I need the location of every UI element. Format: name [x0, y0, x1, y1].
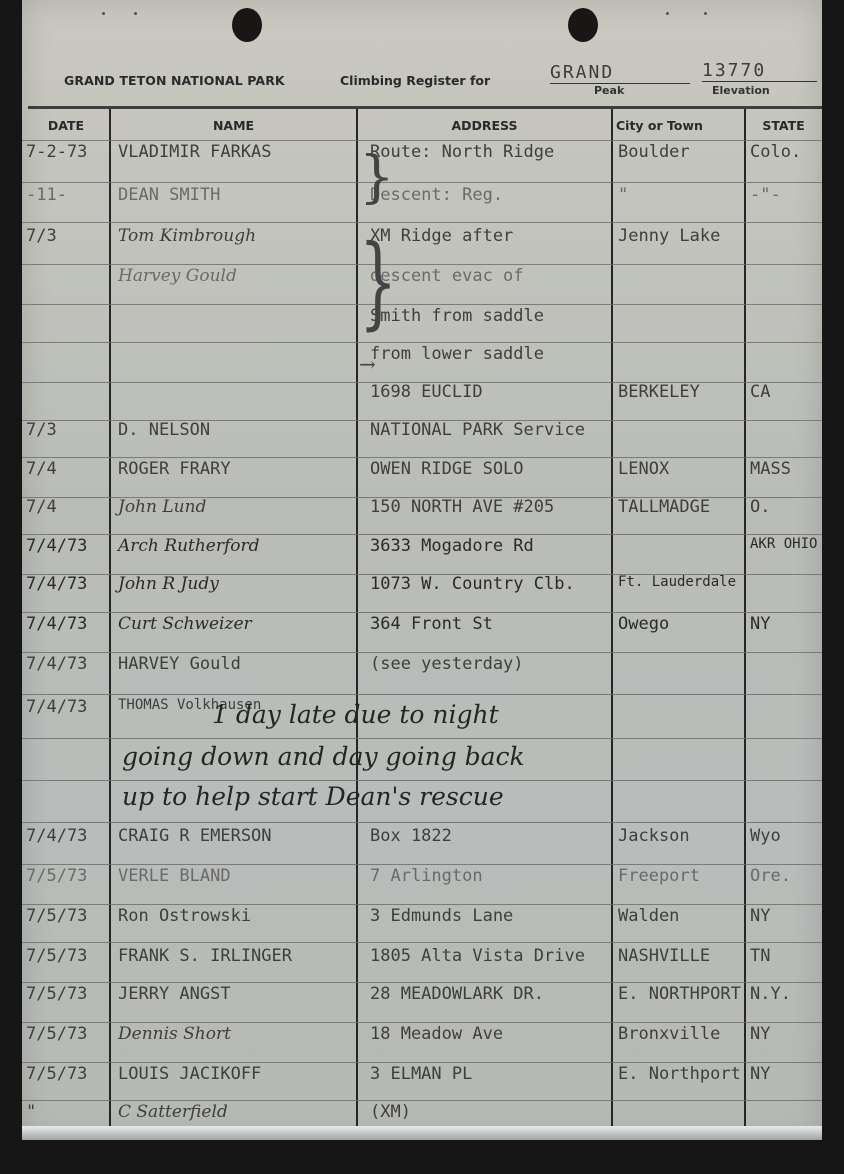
cell-date: 7/5/73 — [26, 906, 87, 926]
cell-state: Colo. — [750, 142, 801, 162]
cell-date: 7/3 — [26, 226, 57, 246]
cell-state: -"- — [750, 185, 781, 205]
cell-date: 7/4/73 — [26, 614, 87, 634]
climbing-register-sheet: GRAND TETON NATIONAL PARK Climbing Regis… — [22, 0, 822, 1140]
cell-date: 7/4/73 — [26, 826, 87, 846]
cell-state: NY — [750, 906, 770, 926]
rule-line — [22, 182, 822, 183]
cell-address: Route: North Ridge — [370, 142, 554, 162]
cell-date: 7/4 — [26, 497, 57, 517]
cell-city: Bronxville — [618, 1024, 720, 1044]
cell-name: ROGER FRARY — [118, 459, 231, 479]
cell-address: 1805 Alta Vista Drive — [370, 946, 585, 966]
cell-state: Ore. — [750, 866, 791, 886]
cell-city: Walden — [618, 906, 679, 926]
rule-line — [22, 1022, 822, 1023]
cell-date: 7/4/73 — [26, 574, 87, 594]
cell-name: FRANK S. IRLINGER — [118, 946, 292, 966]
column-header-date: DATE — [22, 118, 110, 133]
cell-state: O. — [750, 497, 770, 517]
column-header-address: ADDRESS — [357, 118, 612, 133]
rule-line — [22, 342, 822, 343]
rule-line — [22, 457, 822, 458]
column-divider — [744, 109, 746, 1126]
cell-city: BERKELEY — [618, 382, 700, 402]
cell-state: NY — [750, 1024, 770, 1044]
cell-address: OWEN RIDGE SOLO — [370, 459, 524, 479]
column-divider — [356, 109, 358, 1126]
cell-name: VERLE BLAND — [118, 866, 231, 886]
elevation-label: Elevation — [712, 84, 770, 97]
cell-name: C Satterfield — [118, 1102, 228, 1122]
pinhole — [134, 12, 137, 15]
cell-name: Dennis Short — [118, 1024, 231, 1044]
cell-name: CRAIG R EMERSON — [118, 826, 272, 846]
cell-city: TALLMADGE — [618, 497, 710, 517]
cell-address: 28 MEADOWLARK DR. — [370, 984, 544, 1004]
cell-name: John R Judy — [118, 574, 219, 594]
cell-date: 7/4/73 — [26, 654, 87, 674]
cell-city: Owego — [618, 614, 669, 634]
cell-address: (XM) — [370, 1102, 411, 1122]
cell-address: NATIONAL PARK Service — [370, 420, 585, 440]
park-name: GRAND TETON NATIONAL PARK — [64, 73, 285, 88]
cell-date: -11- — [26, 185, 67, 205]
cell-state: AKR OHIO — [750, 536, 817, 552]
cell-name: Arch Rutherford — [118, 536, 260, 556]
cell-date: 7/5/73 — [26, 1024, 87, 1044]
rule-line — [22, 904, 822, 905]
rule-line — [22, 864, 822, 865]
cell-date: 7/5/73 — [26, 984, 87, 1004]
rule-line — [22, 822, 822, 823]
cell-name: HARVEY Gould — [118, 654, 241, 674]
cell-name: VLADIMIR FARKAS — [118, 142, 272, 162]
brace-mark: } — [359, 150, 395, 206]
pinhole — [704, 12, 707, 15]
cell-name: DEAN SMITH — [118, 185, 220, 205]
cell-address: Box 1822 — [370, 826, 452, 846]
cell-city: Jenny Lake — [618, 226, 720, 246]
cell-state: Wyo — [750, 826, 781, 846]
cell-name: Curt Schweizer — [118, 614, 252, 634]
cell-address: 3 Edmunds Lane — [370, 906, 513, 926]
cell-name: Harvey Gould — [118, 266, 237, 286]
cell-state: MASS — [750, 459, 791, 479]
rule-line — [22, 140, 822, 141]
column-header-state: STATE — [745, 118, 822, 133]
cell-name: Ron Ostrowski — [118, 906, 251, 926]
pinhole — [666, 12, 669, 15]
peak-label: Peak — [594, 84, 624, 97]
cell-address: 1698 EUCLID — [370, 382, 483, 402]
cell-name: D. NELSON — [118, 420, 210, 440]
elevation-value: 13770 — [702, 60, 817, 82]
cell-address: from lower saddle — [370, 344, 544, 364]
cell-state: NY — [750, 614, 770, 634]
header-rule — [28, 106, 822, 109]
cell-date: 7/5/73 — [26, 866, 87, 886]
peak-value: GRAND — [550, 62, 690, 84]
rule-line — [22, 534, 822, 535]
note-line: up to help start Dean's rescue — [122, 782, 504, 811]
cell-state: TN — [750, 946, 770, 966]
cell-date: 7/5/73 — [26, 1064, 87, 1084]
cell-address: 18 Meadow Ave — [370, 1024, 503, 1044]
cell-name: LOUIS JACIKOFF — [118, 1064, 261, 1084]
cell-address: 1073 W. Country Clb. — [370, 574, 575, 594]
cell-date: 7/4 — [26, 459, 57, 479]
cell-date: 7/3 — [26, 420, 57, 440]
binder-hole — [232, 8, 262, 42]
cell-address: 3633 Mogadore Rd — [370, 536, 534, 556]
brace-mark: } — [359, 232, 397, 332]
register-label: Climbing Register for — [340, 73, 490, 88]
cell-date: 7/4/73 — [26, 697, 87, 717]
rule-line — [22, 264, 822, 265]
rule-line — [22, 982, 822, 983]
rule-line — [22, 780, 822, 781]
column-header-city: City or Town — [612, 118, 749, 133]
arrow-mark: → — [359, 352, 376, 376]
rule-line — [22, 694, 822, 695]
cell-date: 7-2-73 — [26, 142, 87, 162]
note-line: 1 day late due to night — [212, 700, 499, 729]
cell-city: Freeport — [618, 866, 700, 886]
column-divider — [109, 109, 111, 1126]
cell-address: 150 NORTH AVE #205 — [370, 497, 554, 517]
cell-city: Ft. Lauderdale — [618, 574, 736, 590]
rule-line — [22, 612, 822, 613]
cell-address: (see yesterday) — [370, 654, 524, 674]
rule-line — [22, 222, 822, 223]
column-divider — [611, 109, 613, 1126]
rule-line — [22, 1062, 822, 1063]
rule-line — [22, 304, 822, 305]
cell-address: 7 Arlington — [370, 866, 483, 886]
rule-line — [22, 652, 822, 653]
cell-city: E. Northport — [618, 1064, 741, 1084]
cell-name: John Lund — [118, 497, 206, 517]
rule-line — [22, 738, 822, 739]
cell-state: NY — [750, 1064, 770, 1084]
column-header-name: NAME — [110, 118, 357, 133]
cell-state: CA — [750, 382, 770, 402]
cell-address: 364 Front St — [370, 614, 493, 634]
cell-city: NASHVILLE — [618, 946, 710, 966]
cell-city: " — [618, 185, 628, 205]
note-line: going down and day going back — [122, 742, 525, 771]
cell-date: 7/5/73 — [26, 946, 87, 966]
cell-address: 3 ELMAN PL — [370, 1064, 472, 1084]
cell-city: Jackson — [618, 826, 690, 846]
binder-hole — [568, 8, 598, 42]
cell-state: N.Y. — [750, 984, 791, 1004]
pinhole — [102, 12, 105, 15]
rule-line — [22, 942, 822, 943]
cell-name: JERRY ANGST — [118, 984, 231, 1004]
cell-date: 7/4/73 — [26, 536, 87, 556]
cell-name: Tom Kimbrough — [118, 226, 256, 246]
cell-city: LENOX — [618, 459, 669, 479]
rule-line — [22, 1100, 822, 1101]
cell-date: " — [26, 1102, 36, 1122]
cell-city: E. NORTHPORT — [618, 984, 741, 1004]
cell-city: Boulder — [618, 142, 690, 162]
